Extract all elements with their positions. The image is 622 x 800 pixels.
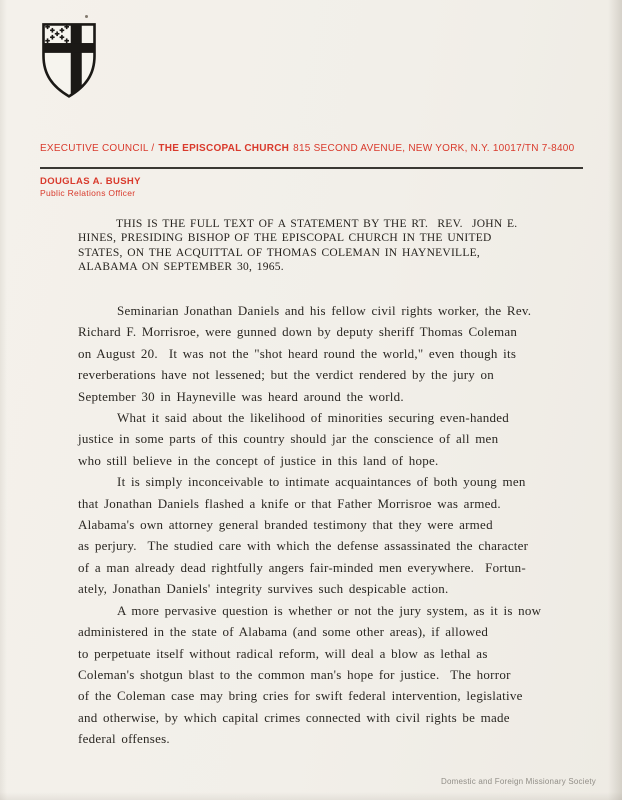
letterhead-church-name: THE EPISCOPAL CHURCH: [158, 143, 289, 154]
letterhead-line: EXECUTIVE COUNCIL /THE EPISCOPAL CHURCH8…: [40, 143, 600, 154]
letterhead-address: 815 SECOND AVENUE, NEW YORK, N.Y. 10017/…: [293, 143, 574, 154]
paper-edge-shading-bottom: [0, 792, 622, 800]
paper-edge-shading-right: [608, 0, 622, 800]
officer-name: DOUGLAS A. BUSHY: [40, 176, 141, 187]
statement-paragraph-1: Seminarian Jonathan Daniels and his fell…: [78, 300, 618, 407]
paper-speck: [483, 167, 485, 169]
officer-title: Public Relations Officer: [40, 188, 135, 198]
letterhead-council-label: EXECUTIVE COUNCIL /: [40, 143, 154, 154]
statement-paragraph-2: What it said about the likelihood of min…: [78, 407, 618, 471]
letterhead-divider-rule: [40, 167, 583, 169]
episcopal-shield-icon: [40, 21, 98, 101]
statement-body: Seminarian Jonathan Daniels and his fell…: [78, 300, 618, 750]
statement-paragraph-4: A more pervasive question is whether or …: [78, 600, 618, 750]
statement-paragraph-3: It is simply inconceivable to intimate a…: [78, 471, 618, 599]
statement-heading: THIS IS THE FULL TEXT OF A STATEMENT BY …: [78, 217, 578, 274]
footer-society-label: Domestic and Foreign Missionary Society: [441, 777, 596, 786]
paper-edge-shading-left: [0, 0, 7, 800]
paper-speck: [85, 15, 88, 18]
document-page: EXECUTIVE COUNCIL /THE EPISCOPAL CHURCH8…: [0, 0, 622, 800]
